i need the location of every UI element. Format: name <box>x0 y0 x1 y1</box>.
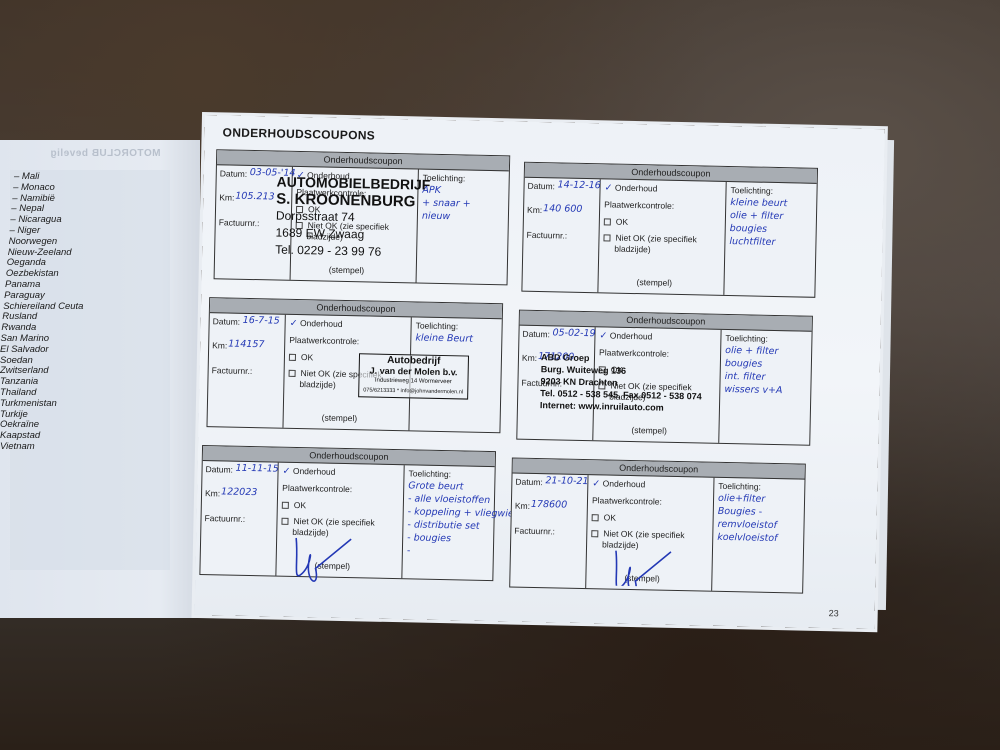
toelichting-label: Toelichting: <box>416 320 459 331</box>
service-coupon: Onderhoudscoupon Datum: 03-05-'14 Km: 10… <box>214 149 511 285</box>
service-coupon: Onderhoudscoupon Datum: 21-10-21 Km: 178… <box>509 458 806 594</box>
ok-checkbox[interactable]: OK <box>289 352 313 363</box>
plaatwerk-label: Plaatwerkcontrole: <box>289 335 359 346</box>
bladzijde-label: bladzijde) <box>614 244 651 255</box>
plaatwerk-label: Plaatwerkcontrole: <box>604 199 674 210</box>
note-line: remvloeistof <box>717 519 777 531</box>
datum-label: Datum: <box>522 329 550 340</box>
note-line: kleine beurt <box>730 197 787 209</box>
onderhoud-checkbox[interactable]: ✓ Onderhoud <box>290 318 343 330</box>
km-value: 122023 <box>221 486 257 498</box>
km-value: 114157 <box>228 339 264 351</box>
factuurnr-label: Factuurnr.: <box>526 230 567 241</box>
km-label: Km: <box>205 488 220 498</box>
coupon-details-column: Datum: 11-11-15 Km: 122023 Factuurnr.: <box>200 461 278 576</box>
datum-value: 16-7-15 <box>243 315 280 327</box>
note-line: luchtfilter <box>729 236 775 248</box>
stempel-label: (stempel) <box>322 413 358 424</box>
note-line: bougies <box>730 223 768 235</box>
country-item: Paraguay <box>0 291 83 302</box>
left-page-header: MOTORCLUB bevelig <box>50 148 161 159</box>
onderhoud-checkbox[interactable]: ✓ Onderhoud <box>592 478 645 490</box>
onderhoud-checkbox[interactable]: ✓ Onderhoud <box>282 466 335 478</box>
toelichting-label: Toelichting: <box>718 481 761 492</box>
datum-label: Datum: <box>527 181 555 192</box>
note-line: int. filter <box>725 371 766 383</box>
coupon-details-column: Datum: 21-10-21 Km: 178600 Factuurnr.: <box>510 474 588 589</box>
right-page: ONDERHOUDSCOUPONS Onderhoudscoupon Datum… <box>195 115 885 629</box>
note-line: Grote beurt <box>408 480 463 492</box>
coupon-check-column: ✓ Onderhoud Plaatwerkcontrole: OK Niet O… <box>598 179 726 295</box>
plaatwerk-label: Plaatwerkcontrole: <box>592 495 662 506</box>
note-line: olie + filter <box>730 210 783 222</box>
country-list: – Mali– Monaco– Namibië– Nepal– Nicaragu… <box>0 172 83 453</box>
country-item: Noorwegen <box>0 237 83 248</box>
ok-checkbox[interactable]: OK <box>592 512 616 523</box>
note-line: olie + filter <box>725 345 778 357</box>
ok-checkbox[interactable]: OK <box>282 500 306 511</box>
datum-label: Datum: <box>220 168 248 179</box>
km-label: Km: <box>212 340 227 350</box>
factuurnr-label: Factuurnr.: <box>514 526 555 537</box>
service-coupon: Onderhoudscoupon Datum: 05-02-19 Km: 171… <box>516 310 813 446</box>
signature-icon <box>290 533 371 605</box>
onderhoud-checkbox[interactable]: ✓ Onderhoud <box>599 330 652 342</box>
note-line: koelvloeistof <box>717 532 777 544</box>
service-coupon: Onderhoudscoupon Datum: 11-11-15 Km: 122… <box>199 445 496 581</box>
signature-icon <box>610 546 691 588</box>
stempel-label: (stempel) <box>329 265 365 276</box>
datum-label: Datum: <box>515 477 543 488</box>
page-number: 23 <box>829 608 839 618</box>
km-label: Km: <box>515 501 530 511</box>
coupon-notes-column: Toelichting: Grote beurt- alle vloeistof… <box>402 465 494 580</box>
km-value: 105.213 <box>235 191 275 203</box>
note-line: - <box>407 545 411 556</box>
factuurnr-label: Factuurnr.: <box>212 365 253 376</box>
km-value: 178600 <box>531 499 567 511</box>
toelichting-label: Toelichting: <box>408 468 451 479</box>
note-line: - alle vloeistoffen <box>408 493 490 506</box>
note-line: olie+filter <box>718 493 765 505</box>
note-line: Bougies - <box>718 506 762 518</box>
toelichting-label: Toelichting: <box>730 185 773 196</box>
note-line: bougies <box>725 358 763 370</box>
datum-label: Datum: <box>213 316 241 327</box>
coupon-details-column: Datum: 16-7-15 Km: 114157 Factuurnr.: <box>207 313 285 428</box>
country-item: Turkmenistan <box>0 399 83 410</box>
niet-ok-checkbox[interactable]: Niet OK (zie specifiek <box>281 516 374 528</box>
stempel-label: (stempel) <box>636 277 672 288</box>
stempel-label: (stempel) <box>631 425 667 436</box>
factuurnr-label: Factuurnr.: <box>204 513 245 524</box>
niet-ok-checkbox[interactable]: Niet OK (zie specifiek <box>591 528 684 540</box>
coupon-notes-column: Toelichting: olie + filterbougiesint. fi… <box>719 330 811 445</box>
toelichting-label: Toelichting: <box>725 333 768 344</box>
coupon-notes-column: Toelichting: kleine beurtolie + filterbo… <box>724 182 816 297</box>
country-item: – Monaco <box>0 183 83 194</box>
ok-checkbox[interactable]: OK <box>604 216 628 227</box>
note-line: - bougies <box>407 532 451 544</box>
km-label: Km: <box>527 205 542 215</box>
stamp-line: Tel. 0229 - 23 99 76 <box>275 242 429 262</box>
coupon-details-column: Datum: 14-12-16 Km: 140 600 Factuurnr.: <box>522 178 600 293</box>
stamp-line: 075/6213333 * info@johnvandermolen.nl <box>363 385 463 397</box>
datum-label: Datum: <box>205 464 233 475</box>
country-item: Vietnam <box>0 442 83 453</box>
niet-ok-checkbox[interactable]: Niet OK (zie specifiek <box>603 232 696 244</box>
service-coupon: Onderhoudscoupon Datum: 16-7-15 Km: 1141… <box>206 297 503 433</box>
left-page: MOTORCLUB bevelig – Mali– Monaco– Namibi… <box>0 140 200 618</box>
coupon-notes-column: Toelichting: olie+filterBougies -remvloe… <box>712 478 804 593</box>
factuurnr-label: Factuurnr.: <box>219 217 260 228</box>
km-label: Km: <box>522 353 537 363</box>
page-title: ONDERHOUDSCOUPONS <box>222 125 375 142</box>
country-item: El Salvador <box>0 345 83 356</box>
service-coupon: Onderhoudscoupon Datum: 14-12-16 Km: 140… <box>521 162 818 298</box>
note-line: wissers v+A <box>724 384 782 396</box>
datum-value: 05-02-19 <box>552 327 595 339</box>
note-line: - distributie set <box>407 519 479 532</box>
datum-value: 11-11-15 <box>235 463 278 475</box>
km-label: Km: <box>219 192 234 202</box>
datum-value: 14-12-16 <box>557 179 600 191</box>
bladzijde-label: bladzijde) <box>299 379 336 390</box>
km-value: 140 600 <box>543 203 583 215</box>
datum-value: 21-10-21 <box>545 475 588 487</box>
note-line: - koppeling + vliegwiel <box>408 506 517 519</box>
note-line: kleine Beurt <box>415 332 473 344</box>
plaatwerk-label: Plaatwerkcontrole: <box>282 483 352 494</box>
onderhoud-checkbox[interactable]: ✓ Onderhoud <box>604 182 657 194</box>
